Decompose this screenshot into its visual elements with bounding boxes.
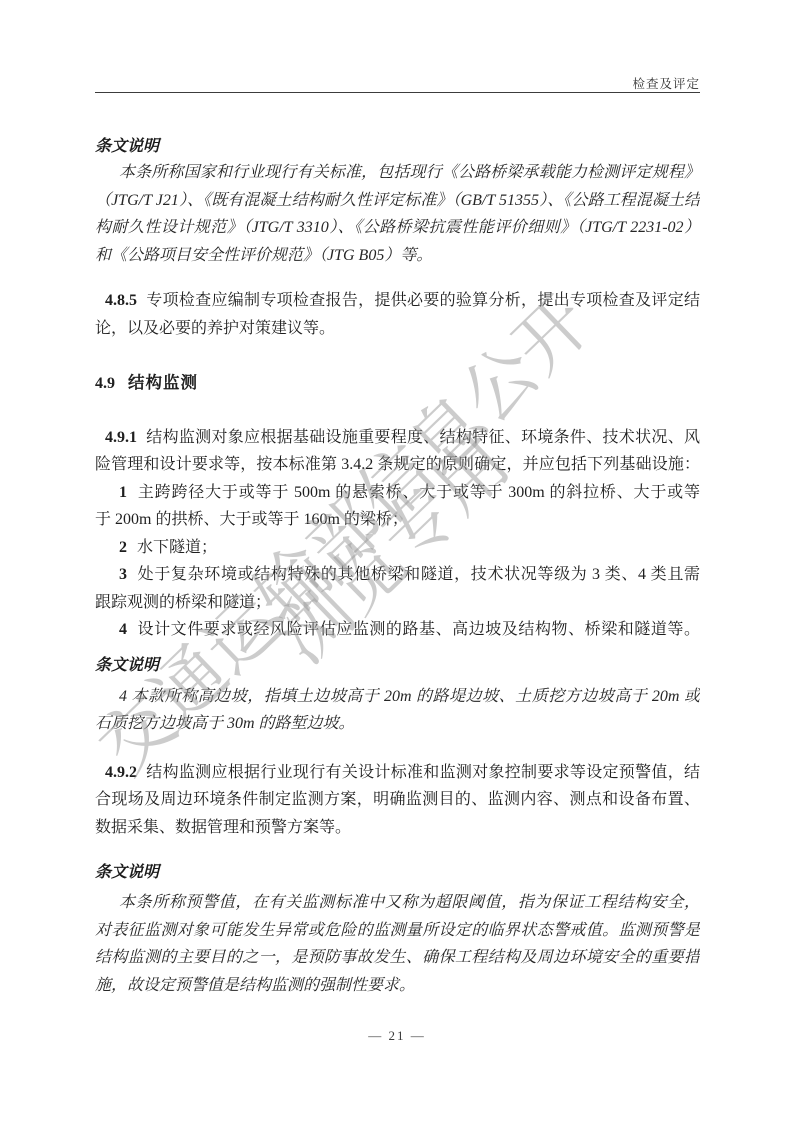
section-number: 4.9 [95,375,115,392]
note-label: 条文说明 [95,135,700,159]
text-line: （JTG/T J21）、《既有混凝土结构耐久性评定标准》（GB/T 51355）… [95,187,700,215]
item-text: 水下隧道； [137,539,217,556]
list-item: 1主跨跨径大于或等于 500m 的悬索桥、大于或等于 300m 的斜拉桥、大于或… [95,479,700,507]
text-line: 施，故设定预警值是结构监测的强制性要求。 [95,972,700,1000]
note-paragraph: 本条所称预警值，在有关监测标准中又称为超限阈值，指为保证工程结构安全， 对表征监… [95,889,700,999]
clause-text: 结构监测对象应根据基础设施重要程度、结构特征、环境条件、技术状况、风 [146,429,700,446]
text-line: 本条所称预警值，在有关监测标准中又称为超限阈值，指为保证工程结构安全， [95,889,700,917]
text-line: 险管理和设计要求等，按本标准第 3.4.2 条规定的原则确定，并应包括下列基础设… [95,451,700,479]
text-line: 跟踪观测的桥梁和隧道； [95,589,700,617]
clause-number: 4.8.5 [105,292,137,309]
document-page: 检查及评定 条文说明 本条所称国家和行业现行有关标准，包括现行《公路桥梁承载能力… [0,0,794,1122]
list-item: 2水下隧道； [95,534,700,562]
item-number: 2 [119,539,127,556]
text-line: 4 本款所称高边坡，指填土边坡高于 20m 的路堤边坡、土质挖方边坡高于 20m… [95,683,700,711]
clause-text: 专项检查应编制专项检查报告，提供必要的验算分析，提出专项检查及评定结 [146,292,700,309]
clause-4-8-5: 4.8.5专项检查应编制专项检查报告，提供必要的验算分析，提出专项检查及评定结 … [95,287,700,342]
note-paragraph: 本条所称国家和行业现行有关标准，包括现行《公路桥梁承载能力检测评定规程》 （JT… [95,159,700,269]
item-number: 3 [119,566,127,583]
item-text: 主跨跨径大于或等于 500m 的悬索桥、大于或等于 300m 的斜拉桥、大于或等 [137,484,700,501]
clause-number: 4.9.1 [105,429,137,446]
clause-line: 4.8.5专项检查应编制专项检查报告，提供必要的验算分析，提出专项检查及评定结 [95,287,700,315]
clause-line: 4.9.2结构监测应根据行业现行有关设计标准和监测对象控制要求等设定预警值，结 [95,759,700,787]
text-line: 论，以及必要的养护对策建议等。 [95,315,700,343]
clause-4-9-1: 4.9.1结构监测对象应根据基础设施重要程度、结构特征、环境条件、技术状况、风 … [95,424,700,644]
item-text: 设计文件要求或经风险评估应监测的路基、高边坡及结构物、桥梁和隧道等。 [137,621,700,638]
section-heading-4-9: 4.9结构监测 [95,370,700,398]
section-title: 结构监测 [128,374,198,392]
text-line: 本条所称国家和行业现行有关标准，包括现行《公路桥梁承载能力检测评定规程》 [95,159,700,187]
text-line: 结构监测的主要目的之一，是预防事故发生、确保工程结构及周边环境安全的重要措 [95,944,700,972]
list-item: 3处于复杂环境或结构特殊的其他桥梁和隧道，技术状况等级为 3 类、4 类且需 [95,561,700,589]
item-text: 处于复杂环境或结构特殊的其他桥梁和隧道，技术状况等级为 3 类、4 类且需 [137,566,700,583]
note-label: 条文说明 [95,654,700,678]
item-number: 4 [119,621,127,638]
clause-number: 4.9.2 [105,764,137,781]
list-item: 4设计文件要求或经风险评估应监测的路基、高边坡及结构物、桥梁和隧道等。 [95,616,700,644]
text-line: 合现场及周边环境条件制定监测方案，明确监测目的、监测内容、测点和设备布置、 [95,786,700,814]
text-line: 构耐久性设计规范》（JTG/T 3310）、《公路桥梁抗震性能评价细则》（JTG… [95,214,700,242]
clause-4-9-2: 4.9.2结构监测应根据行业现行有关设计标准和监测对象控制要求等设定预警值，结 … [95,759,700,842]
item-number: 1 [119,484,127,501]
text-line: 和《公路项目安全性评价规范》（JTG B05）等。 [95,242,700,270]
page-content: 条文说明 本条所称国家和行业现行有关标准，包括现行《公路桥梁承载能力检测评定规程… [95,0,700,999]
note-label: 条文说明 [95,861,700,885]
page-number: — 21 — [0,1028,794,1044]
clause-line: 4.9.1结构监测对象应根据基础设施重要程度、结构特征、环境条件、技术状况、风 [95,424,700,452]
text-line: 数据采集、数据管理和预警方案等。 [95,814,700,842]
text-line: 石质挖方边坡高于 30m 的路堑边坡。 [95,710,700,738]
text-line: 对表征监测对象可能发生异常或危险的监测量所设定的临界状态警戒值。监测预警是 [95,917,700,945]
clause-text: 结构监测应根据行业现行有关设计标准和监测对象控制要求等设定预警值，结 [146,764,700,781]
note-paragraph: 4 本款所称高边坡，指填土边坡高于 20m 的路堤边坡、土质挖方边坡高于 20m… [95,683,700,738]
text-line: 于 200m 的拱桥、大于或等于 160m 的梁桥； [95,506,700,534]
